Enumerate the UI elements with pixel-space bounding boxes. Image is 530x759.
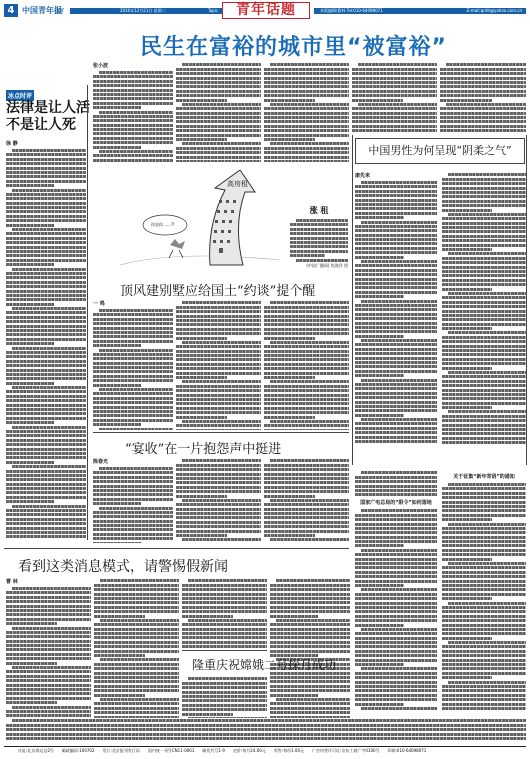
text-line — [355, 606, 437, 609]
text-line — [442, 536, 526, 539]
text-line — [264, 358, 349, 361]
text-line — [12, 268, 86, 271]
fake-news-headline: 看到这类消息模式，请警惕假新闻 — [18, 556, 228, 576]
text-line — [6, 631, 91, 634]
text-line — [176, 424, 261, 427]
text-line — [442, 226, 526, 229]
text-line — [6, 333, 86, 336]
text-line — [361, 707, 437, 710]
text-line — [264, 134, 349, 137]
text-line — [264, 367, 349, 370]
text-line — [264, 521, 349, 524]
text-line — [355, 207, 437, 210]
text-line — [182, 103, 261, 106]
text-line — [442, 663, 526, 666]
text-line — [176, 116, 261, 119]
text-line — [93, 89, 173, 92]
text-line — [355, 575, 437, 578]
text-line — [6, 618, 91, 621]
text-line — [448, 213, 526, 216]
text-line — [352, 125, 437, 128]
text-line — [355, 562, 437, 565]
text-line — [352, 90, 437, 93]
text-line — [352, 77, 437, 80]
text-line — [6, 644, 91, 647]
text-line — [6, 591, 91, 594]
text-line — [6, 461, 54, 464]
text-line — [264, 332, 349, 335]
main-story-col3 — [264, 62, 349, 162]
text-line — [355, 654, 437, 657]
text-line — [182, 691, 267, 694]
text-line — [182, 538, 261, 541]
text-line — [93, 476, 173, 479]
text-line — [6, 167, 86, 170]
text-line — [352, 72, 437, 75]
text-line — [442, 389, 526, 392]
text-line — [182, 588, 267, 591]
text-line — [12, 666, 91, 669]
text-line — [355, 476, 437, 479]
text-line — [442, 707, 526, 710]
text-line — [6, 276, 86, 279]
text-line — [442, 698, 526, 701]
text-line — [94, 610, 179, 613]
text-line — [270, 636, 350, 639]
text-line — [442, 402, 526, 405]
section-divider-3 — [182, 650, 267, 651]
text-line — [6, 728, 526, 731]
text-line — [94, 636, 179, 639]
text-line — [12, 627, 91, 630]
text-line — [176, 398, 261, 401]
text-line — [264, 156, 349, 159]
text-line — [442, 703, 526, 706]
text-line — [6, 513, 86, 516]
text-line — [93, 489, 173, 492]
text-line — [352, 116, 437, 119]
text-line — [93, 502, 141, 505]
text-line — [6, 443, 86, 446]
text-line — [355, 566, 437, 569]
text-line — [264, 481, 349, 484]
text-line — [93, 80, 173, 83]
text-line — [94, 702, 179, 705]
cartoon-caption: 涨 租 (中国广播网) 焦海洋 图 — [290, 205, 348, 269]
text-line — [12, 719, 526, 722]
text-line — [94, 711, 179, 714]
text-line — [355, 514, 437, 517]
text-line — [355, 225, 437, 228]
text-line — [355, 387, 437, 390]
text-line — [355, 659, 437, 662]
text-line — [94, 689, 179, 692]
text-line — [270, 341, 349, 344]
text-line — [6, 522, 86, 525]
text-line — [355, 370, 437, 373]
men-story-headline: 中国男性为何呈现“阴柔之气” — [355, 138, 525, 164]
text-line — [440, 72, 526, 75]
text-line — [264, 372, 349, 375]
text-line — [94, 694, 145, 697]
text-line — [182, 63, 261, 66]
text-line — [442, 558, 492, 561]
text-line — [176, 525, 261, 528]
text-line — [448, 252, 526, 255]
text-line — [93, 128, 173, 131]
text-line — [442, 437, 526, 440]
text-line — [176, 429, 261, 430]
text-line — [355, 414, 404, 417]
text-line — [270, 680, 350, 683]
text-line — [355, 663, 404, 666]
text-line — [355, 352, 437, 355]
text-line — [182, 686, 267, 689]
text-line — [6, 404, 86, 407]
text-line — [442, 514, 526, 517]
text-line — [355, 571, 437, 574]
text-line — [355, 431, 437, 434]
text-line — [442, 187, 526, 190]
text-line — [93, 537, 173, 540]
text-line — [94, 593, 179, 596]
text-line — [358, 103, 437, 106]
text-line — [355, 229, 437, 232]
text-line — [355, 553, 437, 556]
text-line — [355, 335, 404, 338]
text-line — [93, 366, 173, 369]
text-line — [6, 509, 86, 512]
text-line — [442, 261, 526, 264]
text-line — [12, 307, 86, 310]
text-line — [6, 692, 91, 695]
text-line — [442, 632, 526, 635]
text-line — [264, 90, 349, 93]
text-line — [182, 584, 267, 587]
text-line — [355, 282, 437, 285]
text-line — [99, 428, 173, 430]
text-line — [264, 306, 349, 309]
text-line — [93, 340, 173, 343]
text-line — [264, 473, 349, 476]
fake-news-col4 — [270, 578, 350, 718]
text-line — [182, 610, 267, 613]
text-line — [442, 501, 526, 504]
cartoon-caption-title: 涨 租 — [290, 205, 348, 216]
text-line — [355, 610, 437, 613]
text-line — [270, 689, 350, 692]
text-line — [264, 323, 349, 326]
text-line — [442, 672, 526, 675]
text-line — [442, 209, 492, 212]
text-line — [442, 566, 526, 569]
text-line — [355, 278, 437, 281]
text-line — [93, 115, 173, 118]
text-line — [448, 523, 526, 526]
text-line — [182, 708, 267, 711]
text-line — [355, 409, 437, 412]
text-line — [442, 593, 526, 596]
text-line — [442, 296, 526, 299]
text-line — [442, 305, 526, 308]
text-line — [442, 178, 526, 181]
text-line — [6, 679, 91, 682]
text-line — [355, 199, 437, 202]
text-line — [6, 613, 91, 616]
text-line — [355, 531, 437, 534]
text-line — [6, 483, 86, 486]
text-line — [442, 659, 526, 662]
text-line — [264, 503, 349, 506]
right-subhead-2: 关于征集“新年寄语”的通知 — [442, 473, 526, 480]
text-line — [6, 688, 91, 691]
text-line — [176, 367, 261, 370]
text-line — [352, 107, 437, 110]
text-line — [188, 579, 267, 582]
text-line — [355, 685, 437, 688]
text-line — [270, 420, 349, 423]
text-line — [182, 615, 233, 618]
text-line — [264, 530, 349, 533]
text-line — [355, 286, 437, 289]
text-line — [6, 153, 86, 156]
text-line — [12, 706, 91, 709]
text-line — [442, 615, 526, 618]
text-line — [296, 219, 348, 222]
text-line — [442, 301, 526, 304]
text-line — [442, 628, 526, 631]
text-line — [442, 266, 526, 269]
text-line — [270, 63, 349, 66]
text-line — [176, 490, 261, 493]
decorative-slashes: ///// — [56, 7, 63, 15]
main-story-byline: 张小波 — [93, 62, 173, 69]
text-line — [176, 407, 261, 410]
text-line — [176, 385, 261, 388]
text-line — [176, 516, 261, 519]
text-line — [93, 533, 173, 536]
text-line — [264, 402, 349, 405]
text-line — [270, 702, 350, 705]
text-line — [440, 112, 526, 115]
text-line — [176, 151, 261, 154]
text-line — [6, 452, 86, 455]
text-line — [93, 84, 173, 87]
text-line — [355, 203, 437, 206]
text-line — [270, 615, 318, 618]
text-line — [355, 558, 437, 561]
date-bar: 2010年12月21日 星期二 Topic — [70, 8, 222, 14]
text-line — [355, 641, 437, 644]
text-line — [94, 615, 145, 618]
men-story-col1: 康先来 — [355, 172, 437, 462]
text-line — [6, 500, 54, 503]
text-line — [270, 641, 350, 644]
text-line — [182, 597, 267, 600]
text-line — [176, 394, 261, 397]
text-line — [93, 520, 173, 523]
text-line — [290, 228, 348, 231]
text-line — [446, 103, 526, 106]
text-line — [6, 215, 86, 218]
text-line — [448, 292, 526, 295]
text-line — [270, 301, 349, 304]
text-line — [176, 521, 261, 524]
cartoon-illustration: 高房租 你说你……?! — [115, 170, 285, 275]
text-line — [264, 107, 349, 110]
text-line — [6, 675, 91, 678]
text-line — [442, 248, 492, 251]
text-line — [361, 379, 437, 382]
text-line — [176, 306, 261, 309]
text-line — [6, 399, 86, 402]
text-line — [6, 158, 86, 161]
text-line — [442, 283, 526, 286]
text-line — [264, 85, 349, 88]
headline-line-2: 不是让人死 — [6, 117, 90, 134]
text-line — [264, 99, 315, 102]
text-line — [355, 523, 437, 526]
text-line — [355, 264, 437, 267]
right-lower-col1: 国家广电总局的“限令”如何落地 — [355, 470, 437, 715]
cartoon-credit: (中国广播网) 焦海洋 图 — [290, 263, 348, 269]
text-line — [99, 150, 173, 153]
text-line — [270, 601, 350, 604]
text-line — [355, 308, 437, 311]
text-line — [6, 232, 86, 235]
text-line — [93, 410, 173, 413]
text-line — [355, 326, 437, 329]
text-line — [442, 571, 526, 574]
text-line — [361, 588, 437, 591]
text-line — [448, 410, 526, 413]
text-line — [442, 527, 526, 530]
text-line — [355, 256, 404, 259]
text-line — [12, 189, 86, 192]
text-line — [270, 588, 350, 591]
fake-news-col3 — [182, 578, 267, 648]
text-line — [93, 528, 173, 531]
text-line — [176, 464, 261, 467]
text-line — [355, 676, 437, 679]
text-line — [6, 263, 54, 266]
text-line — [6, 518, 86, 521]
text-line — [264, 81, 349, 84]
text-line — [270, 676, 350, 679]
text-line — [94, 685, 179, 688]
text-line — [182, 699, 267, 702]
text-line — [355, 698, 437, 701]
text-line — [264, 411, 349, 414]
text-line — [355, 269, 437, 272]
contact-bar: 本版编辑/曹林 Tel:010-64098071 E-mail:qnht@yah… — [314, 8, 526, 14]
text-line — [99, 71, 173, 74]
text-line — [93, 353, 173, 356]
text-line — [94, 663, 179, 666]
text-line — [361, 260, 437, 263]
page-header-bar: 4 中国青年报 ///// 2010年12月21日 星期二 Topic 青年话题… — [4, 4, 526, 18]
text-line — [176, 402, 261, 405]
text-line — [361, 181, 437, 184]
text-line — [442, 384, 526, 387]
text-line — [264, 376, 315, 379]
text-line — [352, 129, 437, 132]
text-line — [12, 426, 86, 429]
text-line — [264, 389, 349, 392]
text-line — [182, 682, 267, 685]
text-line — [182, 636, 267, 639]
text-line — [6, 434, 86, 437]
text-line — [440, 77, 526, 80]
text-line — [355, 632, 437, 635]
text-line — [176, 495, 227, 498]
text-line — [276, 698, 350, 701]
text-line — [94, 654, 145, 657]
text-line — [361, 339, 437, 342]
text-line — [264, 429, 349, 430]
text-line — [442, 336, 526, 339]
text-line — [270, 459, 349, 462]
text-line — [6, 653, 91, 656]
text-line — [355, 536, 437, 539]
text-line — [94, 667, 179, 670]
text-line — [442, 544, 526, 547]
text-line — [355, 597, 437, 600]
text-line — [6, 180, 86, 183]
text-line — [442, 685, 526, 688]
text-line — [6, 311, 86, 314]
text-line — [355, 304, 437, 307]
text-line — [352, 120, 437, 123]
text-line — [355, 637, 437, 640]
text-line — [6, 175, 86, 178]
text-line — [94, 676, 179, 679]
text-line — [355, 383, 437, 386]
text-line — [355, 357, 437, 360]
text-line — [99, 507, 173, 510]
text-line — [6, 197, 86, 200]
text-line — [442, 340, 526, 343]
text-line — [442, 531, 526, 534]
villa-story-col2 — [176, 300, 261, 430]
text-line — [264, 94, 349, 97]
text-line — [93, 362, 173, 365]
text-line — [99, 309, 173, 312]
text-line — [6, 491, 86, 494]
text-line — [6, 254, 86, 257]
text-line — [361, 667, 437, 670]
text-line — [93, 331, 173, 334]
text-line — [6, 662, 57, 665]
text-line — [355, 247, 437, 250]
text-line — [6, 724, 526, 727]
text-line — [355, 242, 437, 245]
footer-postcode: 邮政编码:100702 — [62, 747, 95, 756]
text-line — [442, 509, 526, 512]
text-line — [6, 325, 86, 328]
fake-news-col1: 曹 林 — [6, 578, 91, 718]
text-line — [442, 217, 526, 220]
text-line — [361, 628, 437, 631]
text-line — [6, 364, 86, 367]
text-line — [264, 147, 349, 150]
text-line — [6, 162, 86, 165]
text-line — [355, 216, 404, 219]
text-line — [12, 149, 86, 152]
text-line — [442, 270, 526, 273]
text-line — [355, 212, 437, 215]
text-line — [94, 641, 179, 644]
